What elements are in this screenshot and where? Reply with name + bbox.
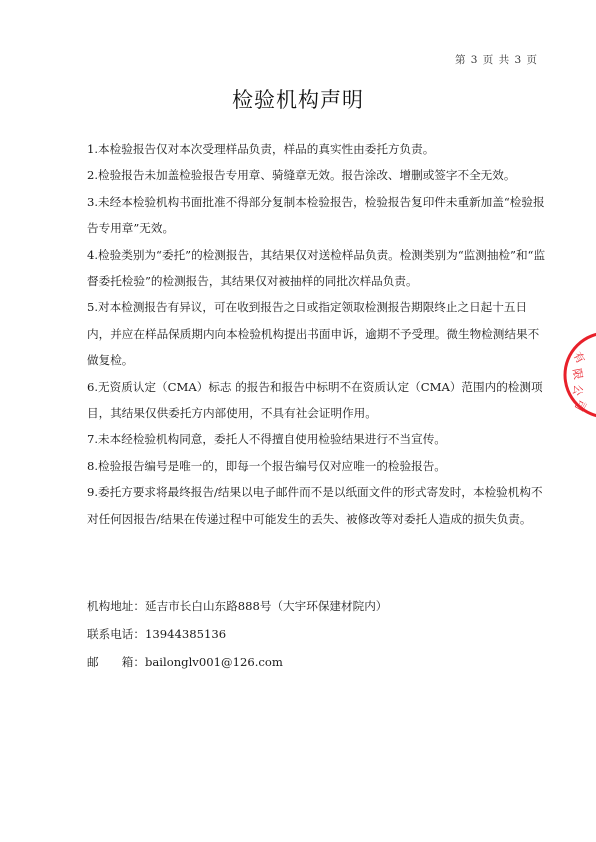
svg-text:限: 限	[570, 367, 585, 380]
statement-2: 2.检验报告未加盖检验报告专用章、骑缝章无效。报告涂改、增删或签字不全无效。	[87, 162, 547, 188]
official-seal-icon: 有 限 公 司	[562, 330, 596, 420]
statement-8: 8.检验报告编号是唯一的，即每一个报告编号仅对应唯一的检验报告。	[87, 453, 547, 479]
phone-line: 联系电话：13944385136	[87, 620, 387, 648]
page-title: 检验机构声明	[0, 84, 596, 114]
statement-9: 9.委托方要求将最终报告/结果以电子邮件而不是以纸面文件的形式寄发时，本检验机构…	[87, 479, 547, 532]
statement-5: 5.对本检测报告有异议，可在收到报告之日或指定领取检测报告期限终止之日起十五日内…	[87, 294, 547, 373]
page-indicator: 第 3 页 共 3 页	[455, 52, 538, 67]
svg-text:公: 公	[570, 384, 585, 397]
email-line: 邮 箱：bailonglv001@126.com	[87, 648, 387, 676]
address-line: 机构地址：延吉市长白山东路888号（大宇环保建材院内）	[87, 592, 387, 620]
statement-6: 6.无资质认定（CMA）标志 的报告和报告中标明不在资质认定（CMA）范围内的检…	[87, 374, 547, 427]
statement-7: 7.未本经检验机构同意，委托人不得擅自使用检验结果进行不当宣传。	[87, 426, 547, 452]
statement-1: 1.本检验报告仅对本次受理样品负责，样品的真实性由委托方负责。	[87, 136, 547, 162]
statement-3: 3.未经本检验机构书面批准不得部分复制本检验报告，检验报告复印件未重新加盖“检验…	[87, 189, 547, 242]
contact-block: 机构地址：延吉市长白山东路888号（大宇环保建材院内） 联系电话：1394438…	[87, 592, 387, 676]
statement-4: 4.检验类别为“委托”的检测报告，其结果仅对送检样品负责。检测类别为“监测抽检”…	[87, 242, 547, 295]
statements-list: 1.本检验报告仅对本次受理样品负责，样品的真实性由委托方负责。 2.检验报告未加…	[87, 136, 547, 532]
